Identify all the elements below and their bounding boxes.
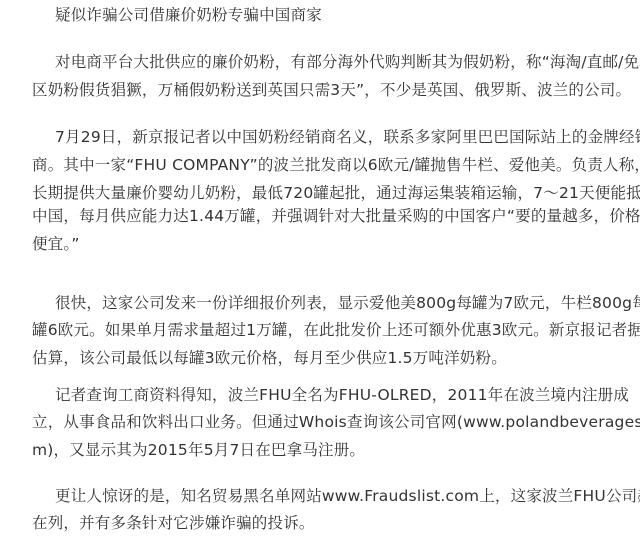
paragraph-line: 很快，这家公司发来一份详细报价列表，显示爱他美800g每罐为7欧元，牛栏800g… <box>55 293 640 313</box>
paragraph-line: 罐6欧元。如果单月需求量超过1万罐，在此批发价上还可额外优惠3欧元。新京报记者据… <box>32 320 640 340</box>
paragraph-line: 记者查询工商资料得知，波兰FHU全名为FHU-OLRED，2011年在波兰境内注… <box>55 385 629 405</box>
paragraph-line: 区奶粉假货猖獗，万桶假奶粉送到英国只需3天”，不少是英国、俄罗斯、波兰的公司。 <box>32 80 631 100</box>
paragraph-line: 在列，并有多条针对它涉嫌诈骗的投诉。 <box>32 513 315 533</box>
paragraph-line: 立，从事食品和饮料出口业务。但通过Whois查询该公司官网(www.poland… <box>32 412 640 432</box>
paragraph-line: 7月29日，新京报记者以中国奶粉经销商名义，联系多家阿里巴巴国际站上的金牌经销 <box>55 127 640 147</box>
paragraph-line: 便宜。” <box>32 234 80 254</box>
paragraph-line: 估算，该公司最低以每罐3欧元价格，每月至少供应1.5万吨洋奶粉。 <box>32 348 507 368</box>
paragraph-line: 中国，每月供应能力达1.44万罐，并强调针对大批量采购的中国客户“要的量越多，价… <box>32 206 640 226</box>
paragraph-line: 商。其中一家“FHU COMPANY”的波兰批发商以6欧元/罐抛售牛栏、爱他美。… <box>32 155 640 175</box>
paragraph-line: 对电商平台大批供应的廉价奶粉，有部分海外代购判断其为假奶粉，称“海淘/直邮/免税 <box>55 52 640 72</box>
paragraph-line: 更让人惊讶的是，知名贸易黑名单网站www.Fraudslist.com上，这家波… <box>55 486 640 506</box>
paragraph-line: 长期提供大量廉价婴幼儿奶粉，最低720罐起批，通过海运集装箱运输，7～21天便能… <box>32 183 640 203</box>
paragraph-line: m)，又显示其为2015年5月7日在巴拿马注册。 <box>32 440 365 460</box>
article-title: 疑似诈骗公司借廉价奶粉专骗中国商家 <box>55 5 322 25</box>
